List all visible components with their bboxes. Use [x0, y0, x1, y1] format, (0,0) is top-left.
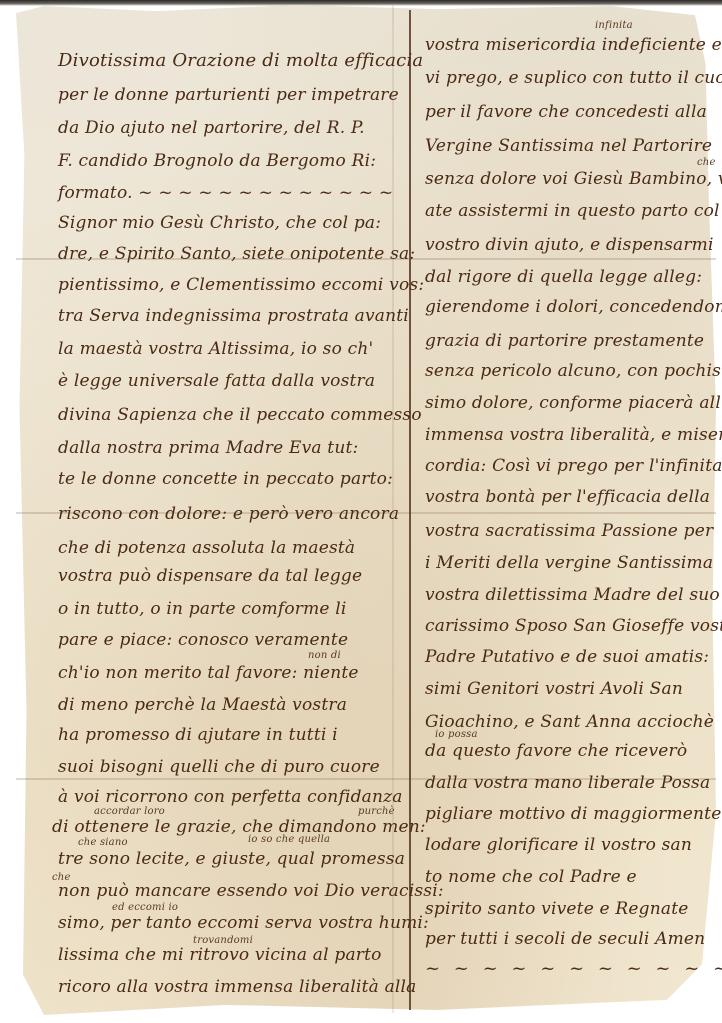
manuscript-line: Vergine Santissima nel Partorire [425, 135, 712, 157]
manuscript-line: la maestà vostra Altissima, io so ch' [58, 338, 373, 360]
manuscript-line: senza pericolo alcuno, con pochis: [425, 360, 722, 382]
manuscript-line: formato. ~ ~ ~ ~ ~ ~ ~ ~ ~ ~ ~ ~ ~ [58, 182, 393, 204]
manuscript-line: vostro divin ajuto, e dispensarmi [425, 234, 714, 256]
manuscript-line: divina Sapienza che il peccato commesso [58, 404, 422, 426]
interlinear-correction: infinita [595, 20, 633, 31]
manuscript-line: vostra dilettissima Madre del suo [425, 584, 720, 606]
manuscript-line: carissimo Sposo San Gioseffe vostro [425, 615, 722, 637]
closing-flourish: ~ ~ ~ ~ ~ ~ ~ ~ ~ ~ ~ ~ ~ [425, 958, 722, 980]
manuscript-line: te le donne concette in peccato parto: [58, 468, 393, 490]
manuscript-line: simi Genitori vostri Avoli San [425, 678, 683, 700]
scan-top-edge [0, 0, 722, 6]
manuscript-line: suoi bisogni quelli che di puro cuore [58, 756, 380, 778]
manuscript-line: lodare glorificare il vostro san [425, 834, 692, 856]
manuscript-line: di ottenere le grazie, che dimandono men… [52, 816, 426, 838]
manuscript-line: simo dolore, conforme piacerà all' [425, 392, 722, 414]
manuscript-line: non può mancare essendo voi Dio veraciss… [58, 880, 444, 902]
manuscript-line: Padre Putativo e de suoi amatis: [425, 646, 709, 668]
manuscript-line: to nome che col Padre e [425, 866, 637, 888]
interlinear-correction: che [697, 157, 716, 168]
manuscript-title-line: Divotissima Orazione di molta efficacia [58, 50, 423, 72]
manuscript-line: pigliare mottivo di maggiormente [425, 803, 721, 825]
manuscript-line: tra Serva indegnissima prostrata avanti [58, 305, 409, 327]
manuscript-line: vostra bontà per l'efficacia della [425, 486, 710, 508]
manuscript-line: pientissimo, e Clementissimo eccomi vos: [58, 274, 424, 296]
manuscript-line: F. candido Brognolo da Bergomo Ri: [58, 150, 376, 172]
manuscript-line: da questo favore che riceverò [425, 740, 687, 762]
manuscript-line: o in tutto, o in parte comforme li [58, 598, 347, 620]
manuscript-line: ha promesso di ajutare in tutti i [58, 724, 338, 746]
manuscript-line: di meno perchè la Maestà vostra [58, 694, 347, 716]
manuscript-line: ricoro alla vostra immensa liberalità al… [58, 976, 417, 998]
manuscript-line: pare e piace: conosco veramente [58, 629, 348, 651]
manuscript-line: vostra sacratissima Passione per [425, 520, 713, 542]
interlinear-correction: non di [308, 650, 341, 661]
manuscript-line: à voi ricorrono con perfetta confidanza [58, 786, 403, 808]
manuscript-line: senza dolore voi Giesù Bambino, voli: [425, 168, 722, 190]
manuscript-line: cordia: Così vi prego per l'infinita [425, 455, 722, 477]
manuscript-line: vostra può dispensare da tal legge [58, 565, 362, 587]
manuscript-line: ch'io non merito tal favore: niente [58, 662, 359, 684]
interlinear-correction: io possa [435, 729, 478, 740]
manuscript-line: dal rigore di quella legge alleg: [425, 266, 702, 288]
manuscript-line: gierendome i dolori, concedendomi [425, 296, 722, 318]
manuscript-line: ate assistermi in questo parto col [425, 200, 720, 222]
manuscript-line: per il favore che concedesti alla [425, 101, 707, 123]
manuscript-line: lissima che mi ritrovo vicina al parto [58, 944, 382, 966]
manuscript-line: per le donne parturienti per impetrare [58, 84, 399, 106]
manuscript-line: tre sono lecite, e giuste, qual promessa [58, 848, 405, 870]
manuscript-line: per tutti i secoli de seculi Amen [425, 928, 705, 950]
manuscript-line: vi prego, e suplico con tutto il cuore [425, 67, 722, 89]
manuscript-line: simo, per tanto eccomi serva vostra humi… [58, 912, 429, 934]
manuscript-line: spirito santo vivete e Regnate [425, 898, 689, 920]
interlinear-correction: che siano [78, 837, 128, 848]
manuscript-line: riscono con dolore: e però vero ancora [58, 503, 399, 525]
manuscript-line: che di potenza assoluta la maestà [58, 537, 355, 559]
manuscript-line: è legge universale fatta dalla vostra [58, 370, 375, 392]
manuscript-line: dalla vostra mano liberale Possa [425, 772, 710, 794]
manuscript-line: Signor mio Gesù Christo, che col pa: [58, 212, 381, 234]
manuscript-line: grazia di partorire prestamente [425, 330, 704, 352]
interlinear-correction: io so che quella [248, 834, 330, 845]
manuscript-line: da Dio ajuto nel partorire, del R. P. [58, 117, 365, 139]
manuscript-line: immensa vostra liberalità, e miseri: [425, 424, 722, 446]
manuscript-line: dre, e Spirito Santo, siete onipotente s… [58, 243, 415, 265]
manuscript-line: dalla nostra prima Madre Eva tut: [58, 437, 358, 459]
manuscript-line: i Meriti della vergine Santissima [425, 552, 713, 574]
column-divider-rule [409, 10, 411, 1010]
manuscript-line: vostra misericordia indeficiente e [425, 34, 722, 56]
